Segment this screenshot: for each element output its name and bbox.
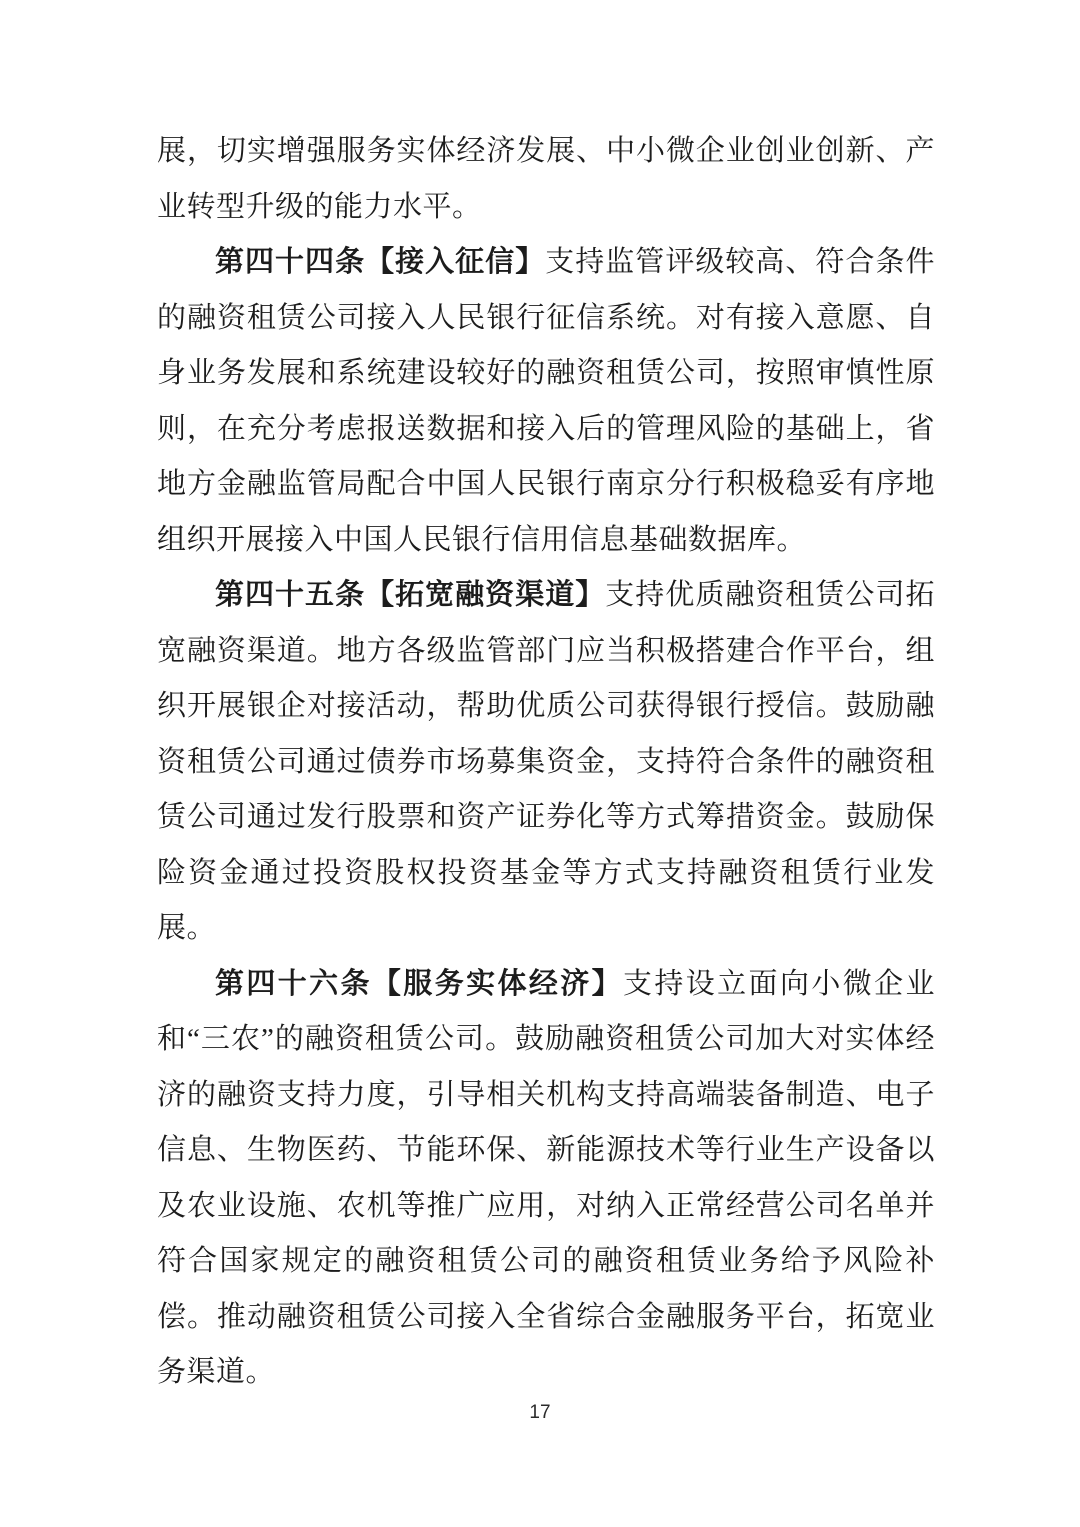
paragraph-article-46: 第四十六条【服务实体经济】支持设立面向小微企业和“三农”的融资租赁公司。鼓励融资… xyxy=(157,957,935,1401)
paragraph-continuation: 展，切实增强服务实体经济发展、中小微企业创业创新、产业转型升级的能力水平。 xyxy=(157,124,935,235)
paragraph-text: 支持设立面向小微企业和“三农”的融资租赁公司。鼓励融资租赁公司加大对实体经济的融… xyxy=(157,968,935,1389)
paragraph-text: 展，切实增强服务实体经济发展、中小微企业创业创新、产业转型升级的能力水平。 xyxy=(157,135,935,223)
article-heading: 第四十四条【接入征信】 xyxy=(215,246,545,278)
page-number: 17 xyxy=(0,1402,1080,1424)
paragraph-article-45: 第四十五条【拓宽融资渠道】支持优质融资租赁公司拓宽融资渠道。地方各级监管部门应当… xyxy=(157,568,935,957)
paragraph-text: 支持监管评级较高、符合条件的融资租赁公司接入人民银行征信系统。对有接入意愿、自身… xyxy=(157,246,935,556)
paragraph-article-44: 第四十四条【接入征信】支持监管评级较高、符合条件的融资租赁公司接入人民银行征信系… xyxy=(157,235,935,568)
document-page: 展，切实增强服务实体经济发展、中小微企业创业创新、产业转型升级的能力水平。 第四… xyxy=(0,0,1080,1527)
paragraph-text: 支持优质融资租赁公司拓宽融资渠道。地方各级监管部门应当积极搭建合作平台，组织开展… xyxy=(157,579,935,944)
document-body: 展，切实增强服务实体经济发展、中小微企业创业创新、产业转型升级的能力水平。 第四… xyxy=(157,124,935,1401)
article-heading: 第四十六条【服务实体经济】 xyxy=(215,968,623,1000)
article-heading: 第四十五条【拓宽融资渠道】 xyxy=(215,579,605,611)
